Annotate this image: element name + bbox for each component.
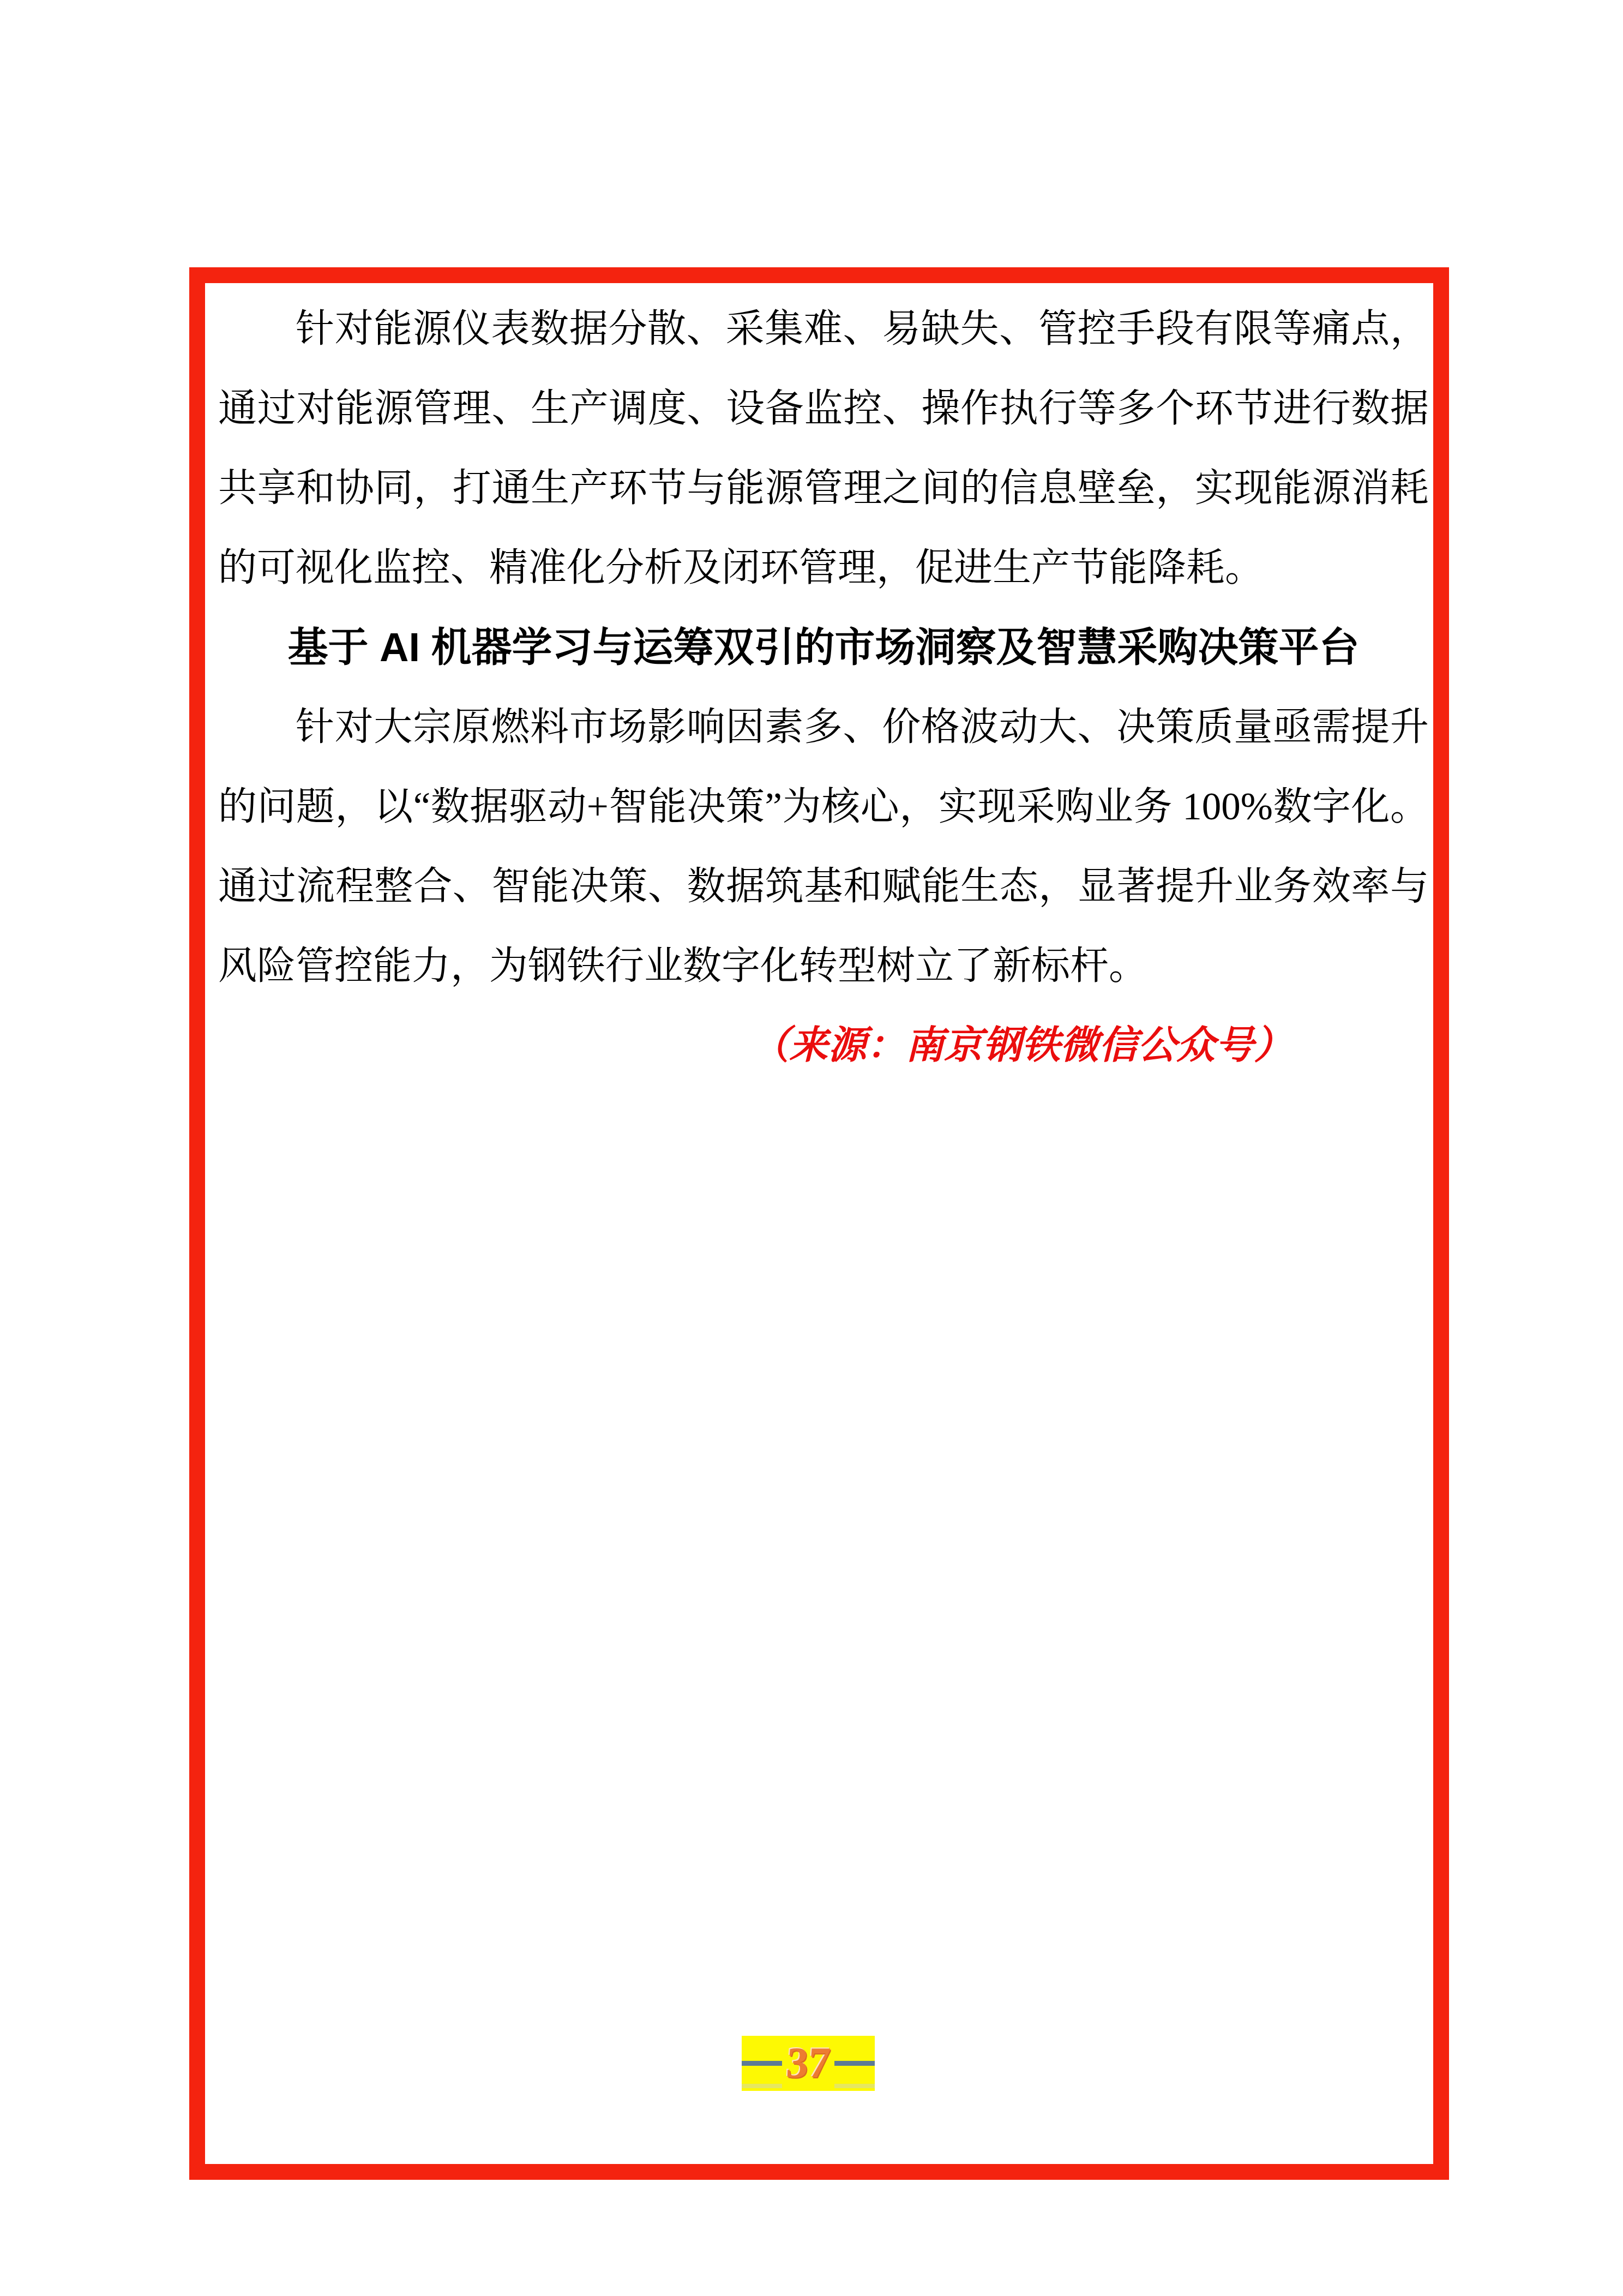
paragraph1-line2: 通过对能源管理、生产调度、设备监控、操作执行等多个环节进行数据: [218, 369, 1429, 448]
page-number-underline-right-icon: [834, 2084, 875, 2088]
paragraph1-line3: 共享和协同，打通生产环节与能源管理之间的信息壁垒，实现能源消耗: [218, 448, 1429, 528]
paragraph2-line2: 的问题，以“数据驱动+智能决策”为核心，实现采购业务 100%数字化。: [218, 767, 1429, 847]
page-number-dash-left-icon: [742, 2061, 782, 2066]
paragraph2-line1: 针对大宗原燃料市场影响因素多、价格波动大、决策质量亟需提升: [218, 687, 1429, 767]
paragraph1-line1: 针对能源仪表数据分散、采集难、易缺失、管控手段有限等痛点，: [218, 289, 1429, 369]
page-number: 37: [784, 2036, 832, 2091]
section-heading: 基于 AI 机器学习与运筹双引的市场洞察及智慧采购决策平台: [218, 608, 1429, 687]
paragraph2-line4: 风险管控能力，为钢铁行业数字化转型树立了新标杆。: [218, 926, 1429, 1006]
source-attribution: （来源：南京钢铁微信公众号）: [218, 1006, 1429, 1086]
paragraph2-line3: 通过流程整合、智能决策、数据筑基和赋能生态，显著提升业务效率与: [218, 847, 1429, 926]
page-number-underline-left-icon: [742, 2084, 782, 2088]
document-text-block: 针对能源仪表数据分散、采集难、易缺失、管控手段有限等痛点， 通过对能源管理、生产…: [218, 289, 1429, 1086]
page-number-dash-right-icon: [834, 2061, 875, 2066]
paragraph1-line4: 的可视化监控、精准化分析及闭环管理，促进生产节能降耗。: [218, 528, 1429, 608]
page-number-badge: 37: [742, 2036, 875, 2091]
